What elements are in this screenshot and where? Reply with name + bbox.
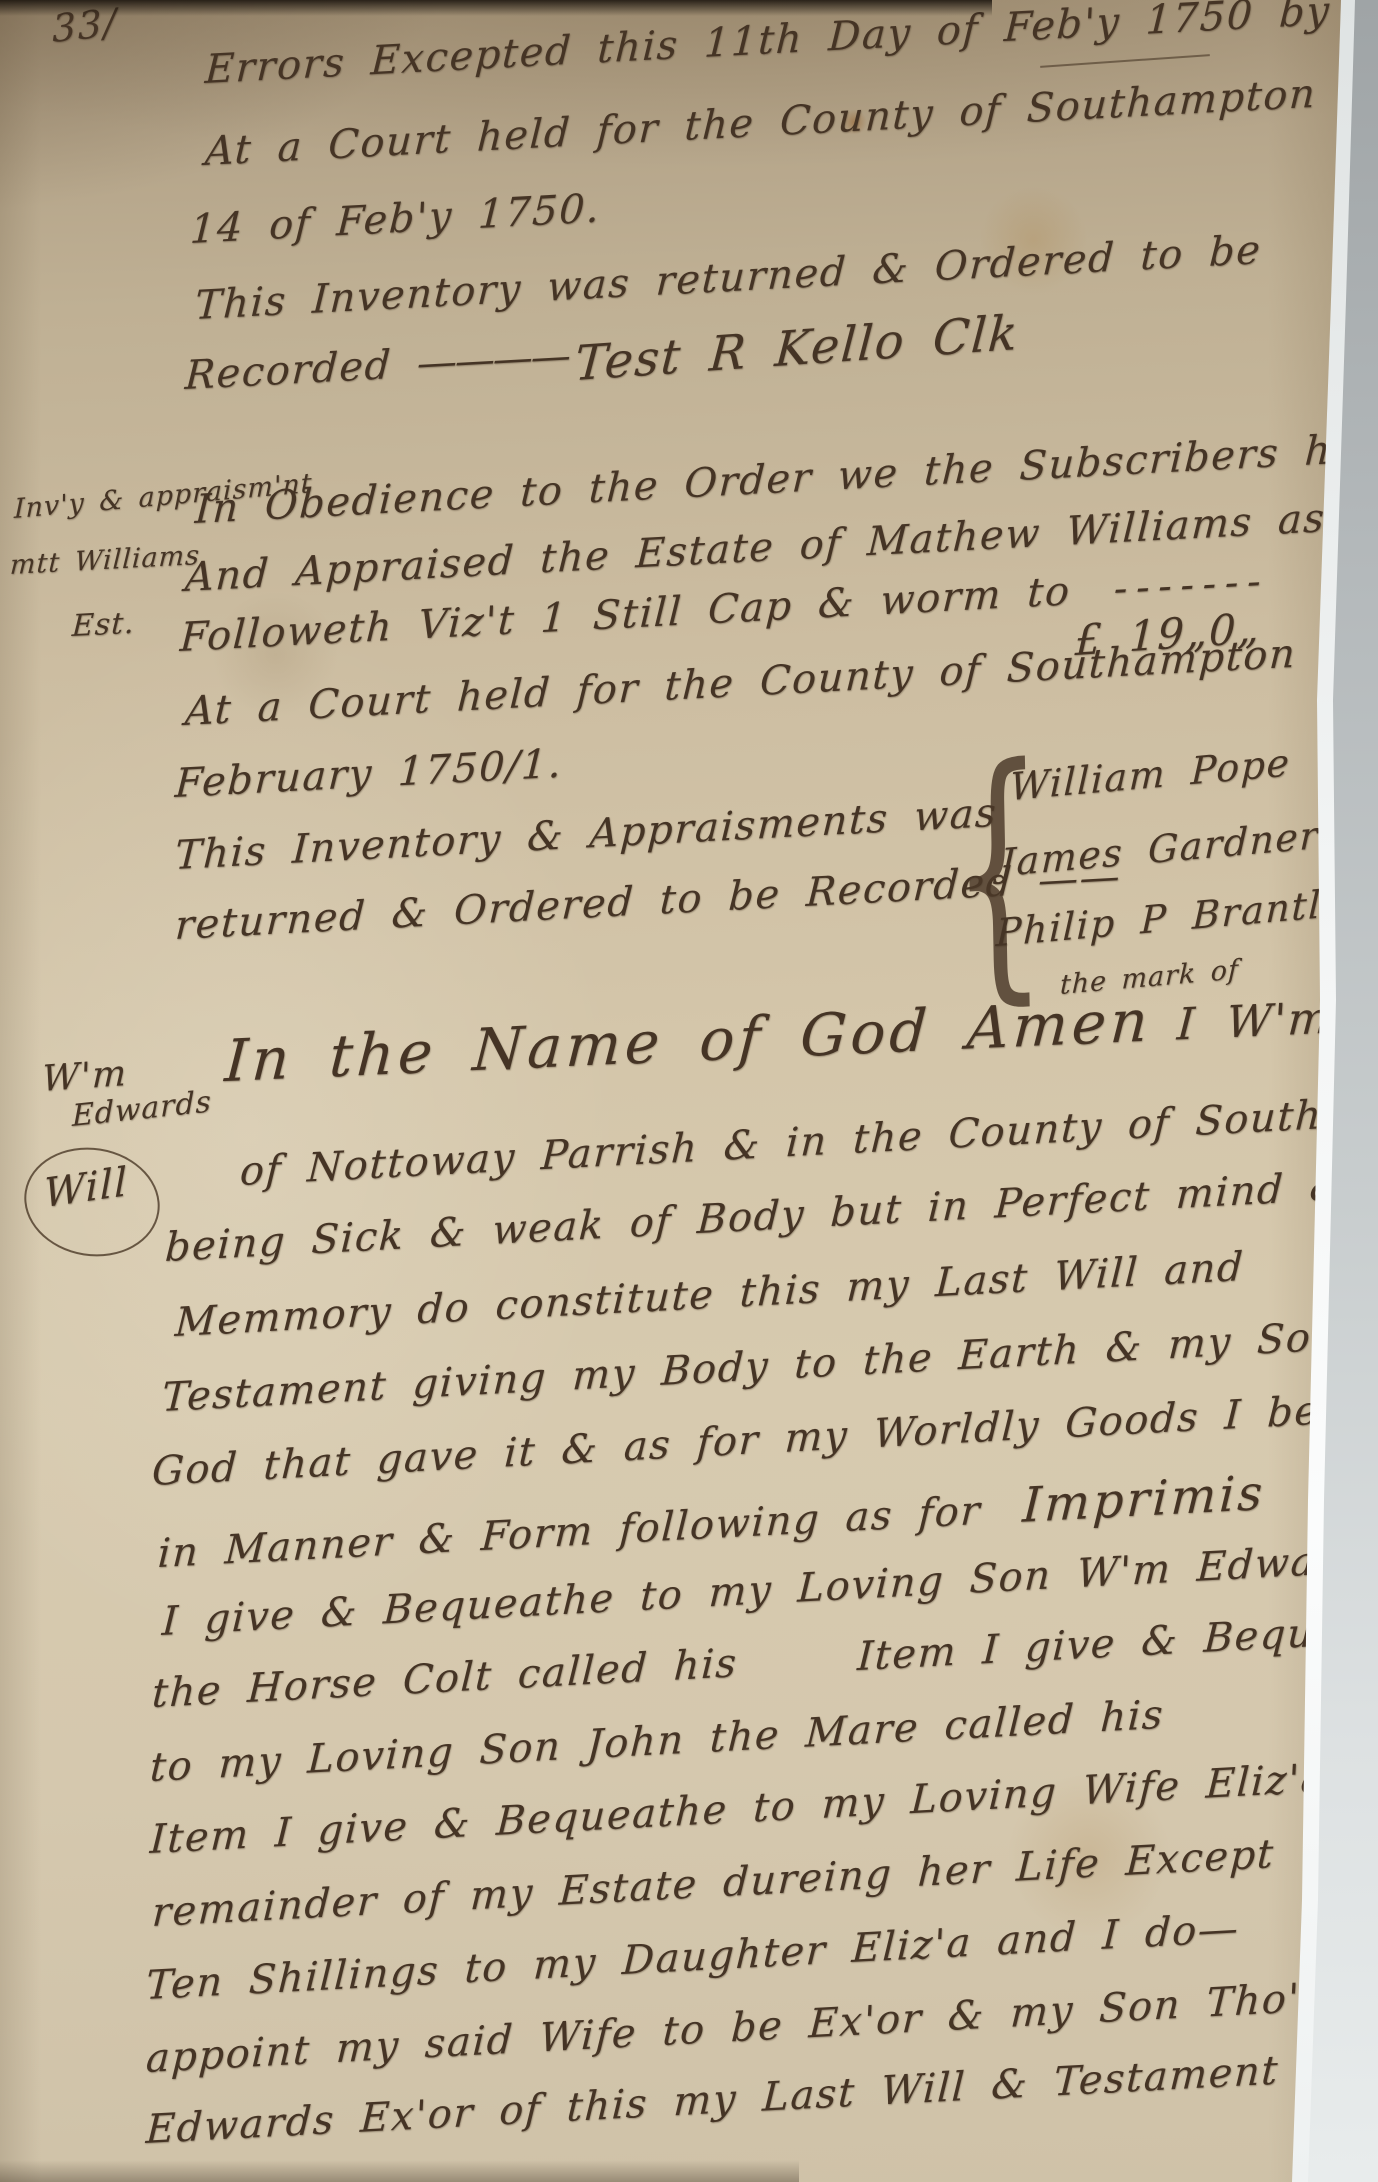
flourish-dash: ————: [416, 333, 570, 387]
manuscript-line: This Inventory & Appraisments was: [174, 793, 998, 876]
manuscript-line: 14 of Feb'y 1750.: [189, 188, 602, 250]
manuscript-line: February 1750/1.: [174, 744, 564, 804]
will-heading-main: In the Name of God Amen: [223, 986, 1154, 1095]
manuscript-line: Recorded ————: [184, 336, 570, 396]
manuscript-paper: 33/ Errors Excepted this 11th Day of Feb…: [0, 0, 1378, 2182]
margin-note: Est.: [71, 609, 135, 642]
manuscript-line: At a Court held for the County of Southa…: [204, 69, 1378, 172]
appraiser-signature: William Pope: [1009, 743, 1291, 806]
will-heading: In the Name of God AmenI W'm Edwards: [223, 973, 1378, 1090]
recorded-word: Recorded: [184, 342, 393, 399]
top-edge-shadow: [0, 0, 992, 16]
line-gap: [737, 1670, 857, 1676]
margin-note: W'm: [41, 1056, 128, 1098]
will-line-text: Item I give & Bequea: [856, 1607, 1366, 1680]
ink-stroke: [1040, 54, 1210, 68]
will-line-text: the Horse Colt called his: [151, 1640, 739, 1717]
appraiser-signature: James Gardner: [999, 816, 1320, 882]
bottom-edge-shadow: [0, 2160, 799, 2182]
margin-note: Will: [44, 1162, 128, 1214]
testator-name: I W'm Edwards: [1176, 982, 1378, 1050]
clerk-attestation-signature: Test R Kello Clk: [573, 309, 1020, 388]
photograph-of-manuscript: 33/ Errors Excepted this 11th Day of Feb…: [0, 0, 1378, 2182]
margin-note: mtt Williams: [9, 542, 200, 579]
imprimis-word: Imprimis: [1021, 1465, 1267, 1534]
